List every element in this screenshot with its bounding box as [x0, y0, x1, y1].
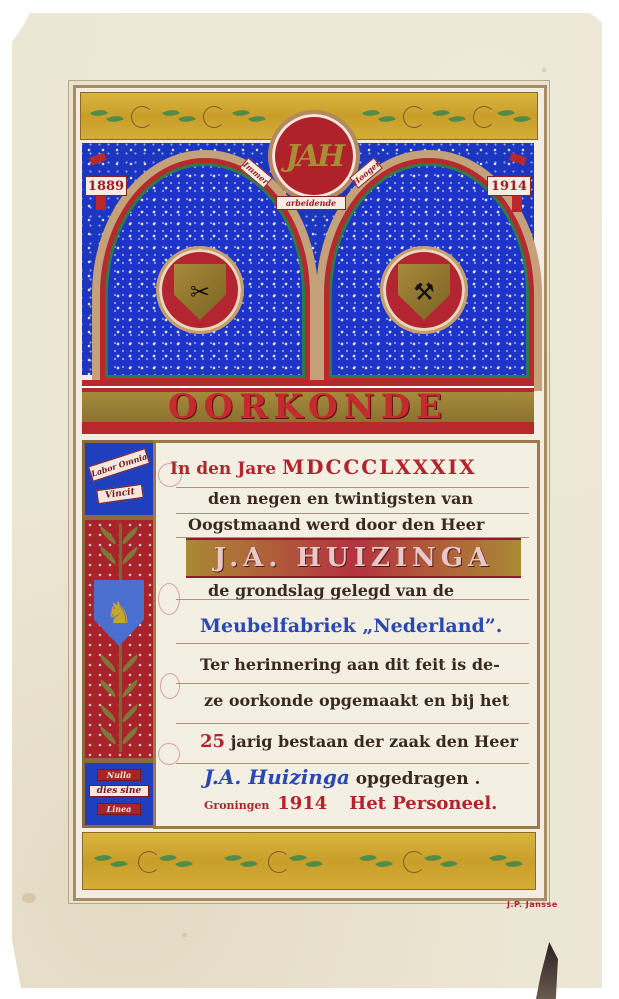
leaf-icon	[97, 704, 119, 722]
leaf-icon	[93, 852, 129, 870]
leaf-icon	[223, 852, 259, 870]
anniversary-text: jarig bestaan der zaak den Heer	[225, 732, 518, 751]
text-line-3: Oogstmaand werd door den Heer	[188, 515, 484, 534]
leaf-icon	[288, 852, 324, 870]
leaf-icon	[231, 107, 267, 125]
leaf-icon	[119, 726, 141, 744]
motto-linea: Linea	[97, 803, 141, 815]
motto-box-top: Labor Omnia Vincit	[82, 440, 158, 518]
company-name-line: Meubelfabriek „Nederland”.	[200, 615, 502, 637]
anniversary-number: 25	[200, 731, 225, 752]
ribbon-tail	[512, 196, 522, 212]
title-band: OORKONDE	[82, 380, 534, 434]
bottom-gold-border	[82, 832, 536, 890]
scroll-icon	[203, 106, 225, 128]
document-title: OORKONDE	[82, 392, 534, 422]
stain	[542, 68, 546, 72]
leaf-icon	[97, 654, 119, 672]
flourish-ornament	[160, 673, 180, 699]
leaf-icon	[423, 852, 459, 870]
text-line-2: den negen en twintigsten van	[208, 489, 473, 508]
scroll-icon	[138, 851, 160, 873]
motto-ribbon-center: arbeidende	[276, 196, 346, 210]
text-line-9: 25 jarig bestaan der zaak den Heer	[200, 731, 518, 752]
ruling-line	[176, 487, 529, 488]
leaf-icon	[97, 526, 119, 544]
dedication-text: opgedragen .	[350, 769, 481, 789]
text-line-1: In den Jare MDCCCLXXXIX	[170, 455, 477, 479]
motto-nulla: Nulla	[97, 769, 141, 781]
ribbon-tail	[96, 196, 106, 210]
leaf-icon	[488, 852, 524, 870]
leaf-icon	[119, 654, 141, 672]
artist-signature: J.P. Jansse	[507, 900, 558, 909]
leaf-icon	[431, 107, 467, 125]
founder-name-banner: J.A. HUIZINGA	[186, 538, 521, 578]
flourish-ornament	[158, 743, 180, 765]
monogram-seal: JAH	[268, 110, 360, 202]
scissors-hammer-icon: ✂	[174, 264, 226, 320]
scroll-icon	[268, 851, 290, 873]
text-line-5: de grondslag gelegd van de	[208, 581, 454, 600]
ruling-line	[176, 763, 529, 764]
leaf-icon	[158, 852, 194, 870]
year-start-ribbon: 1889	[85, 176, 127, 196]
leaf-icon	[119, 704, 141, 722]
leaf-icon	[97, 679, 119, 697]
text-line-8: ze oorkonde opgemaakt en bij het	[204, 691, 509, 710]
stain	[182, 933, 187, 937]
closing-year: 1914	[277, 793, 327, 814]
leaf-icon	[119, 546, 141, 564]
scroll-icon	[403, 106, 425, 128]
text-line-10: J.A. Huizinga opgedragen .	[204, 765, 480, 789]
motto-vincit: Vincit	[96, 484, 144, 504]
leaf-icon	[119, 526, 141, 544]
date-intro: In den Jare	[170, 459, 282, 479]
recipient-name: J.A. Huizinga	[204, 765, 350, 789]
leaf-icon	[358, 852, 394, 870]
year-end-ribbon: 1914	[487, 176, 531, 196]
certificate-text-panel: In den Jare MDCCCLXXXIX den negen en twi…	[153, 440, 540, 829]
left-medallion: ✂	[156, 246, 244, 334]
roman-year: MDCCCLXXXIX	[282, 455, 477, 479]
motto-box-bottom: Nulla dies sine Linea	[82, 760, 158, 828]
closing-line: Groningen 1914 Het Personeel.	[204, 793, 497, 814]
lion-coat-of-arms-icon: ♞	[94, 580, 144, 646]
text-line-7: Ter herinnering aan dit feit is de-	[200, 655, 500, 674]
leaf-icon	[97, 546, 119, 564]
leaf-icon	[496, 107, 532, 125]
leaf-icon	[89, 107, 125, 125]
ruling-line	[176, 723, 529, 724]
leaf-icon	[161, 107, 197, 125]
leaf-icon	[97, 726, 119, 744]
leaf-icon	[361, 107, 397, 125]
place-name: Groningen	[204, 799, 269, 812]
motto-labor-omnia: Labor Omnia	[88, 448, 150, 482]
stain	[22, 893, 36, 903]
right-medallion: ⚒	[380, 246, 468, 334]
scroll-icon	[473, 106, 495, 128]
ruling-line	[176, 683, 529, 684]
leaf-icon	[119, 679, 141, 697]
ruling-line	[176, 513, 529, 514]
carpentry-tools-icon: ⚒	[398, 264, 450, 320]
ruling-line	[176, 643, 529, 644]
heraldic-panel: ♞	[82, 517, 158, 761]
motto-dies-sine: dies sine	[89, 785, 149, 797]
scroll-icon	[131, 106, 153, 128]
signatories: Het Personeel.	[349, 793, 497, 814]
scroll-icon	[403, 851, 425, 873]
